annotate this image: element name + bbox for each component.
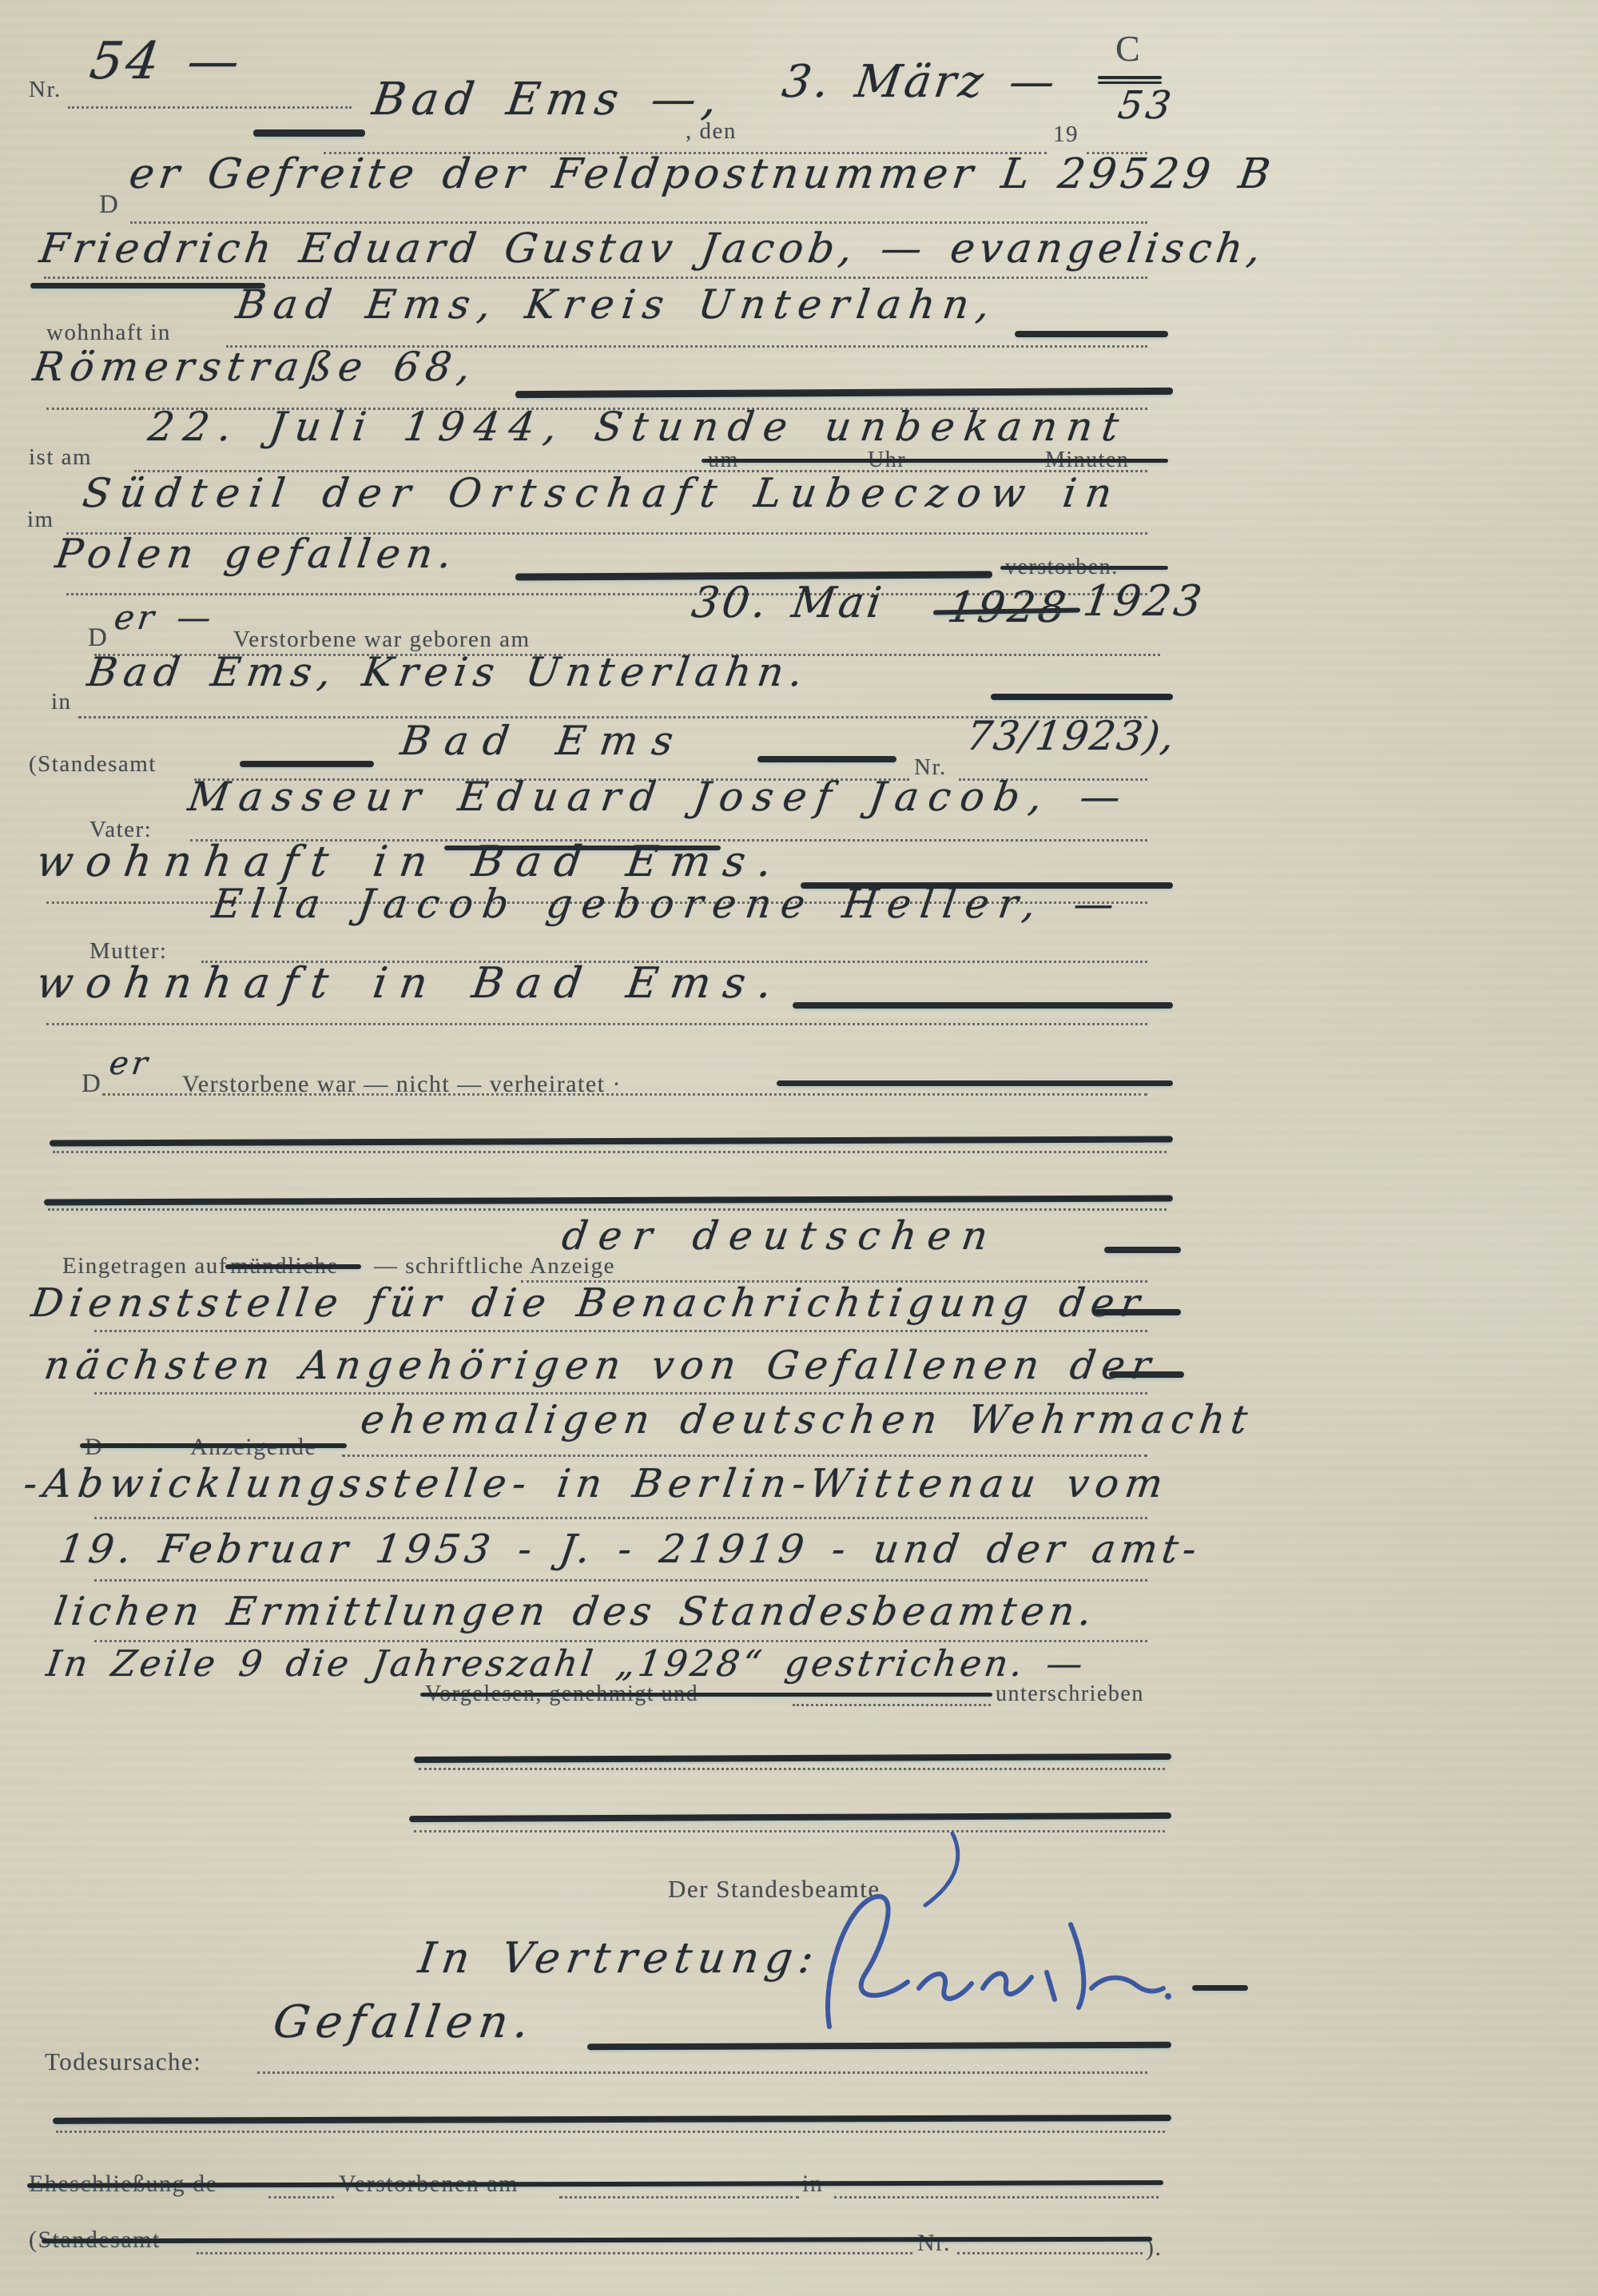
standesamt-label: (Standesamt — [29, 751, 157, 778]
pen-dash — [757, 756, 896, 762]
pen-dash — [515, 388, 1173, 398]
pen-dash — [1104, 1247, 1181, 1253]
dotted-rule — [94, 1579, 1147, 1582]
den-label: , den — [686, 118, 737, 145]
dotted-rule — [419, 1768, 1165, 1770]
birth-date: 30. Mai — [689, 579, 888, 627]
pen-line — [409, 1813, 1171, 1822]
notice-hw6: 19. Februar 1953 - J. - 21919 - und der … — [56, 1526, 1204, 1572]
pen-strike — [1000, 566, 1168, 570]
bottom-nr-label: Nr. — [917, 2230, 951, 2257]
mother-value: Ella Jacob geborene Heller, — — [209, 881, 1127, 927]
dotted-rule — [342, 1454, 1147, 1457]
father-value: Masseur Eduard Josef Jacob, — — [185, 774, 1133, 820]
death-register-scan: 54 — Nr. C 53 Bad Ems —, , den 3. März —… — [0, 0, 1598, 2296]
register-ref-year: 53 — [1115, 83, 1177, 128]
pen-dash — [777, 1080, 1173, 1086]
registrar-signature — [807, 1883, 1206, 2043]
pen-strike — [702, 459, 1168, 463]
decedent-name: Friedrich Eduard Gustav Jacob, — evangel… — [37, 225, 1268, 273]
dotted-rule — [130, 221, 1147, 224]
pen-underline — [30, 283, 265, 288]
dotted-rule — [414, 1830, 1165, 1832]
died-label: ist am — [29, 444, 92, 471]
dotted-rule — [559, 2196, 799, 2199]
notice-hw8: In Zeile 9 die Jahreszahl „1928“ gestric… — [44, 1642, 1089, 1685]
dotted-rule — [68, 106, 352, 109]
birth-year: 1923 — [1080, 577, 1207, 626]
register-ref-letter: C — [1115, 27, 1141, 70]
pen-strike — [420, 1693, 992, 1697]
pen-line — [414, 1753, 1171, 1763]
dotted-rule — [94, 1330, 1147, 1332]
notice-hw4: ehemaligen deutschen Wehrmacht — [358, 1397, 1257, 1442]
entry-number-value: 54 — — [86, 32, 246, 91]
pen-dash — [1015, 331, 1168, 337]
registered-printed1: Eingetragen auf — [62, 1253, 228, 1279]
pen-strike — [80, 1443, 347, 1448]
dotted-rule — [793, 1704, 991, 1706]
pen-dash — [991, 694, 1173, 700]
dotted-rule — [197, 2252, 912, 2254]
pen-strike — [42, 2237, 1152, 2243]
pen-dash — [253, 129, 365, 137]
residence-value: Bad Ems, Kreis Unterlahn, — [233, 281, 1000, 328]
date-value: 3. März — — [779, 56, 1061, 108]
standesamt-value: Bad Ems — [398, 718, 690, 764]
printed-d: D — [99, 190, 119, 220]
father-residence: wohnhaft in Bad Ems. — [34, 838, 788, 886]
cause-label: Todesursache: — [45, 2047, 201, 2076]
notice-hw1: der deutschen — [559, 1213, 1002, 1259]
dotted-rule — [44, 277, 1147, 279]
pen-line — [50, 1136, 1173, 1147]
dotted-rule — [56, 2131, 1165, 2133]
pen-dash — [587, 2042, 1171, 2051]
dotted-rule — [102, 1093, 1147, 1096]
mother-residence: wohnhaft in Bad Ems. — [34, 959, 788, 1008]
year-prefix: 19 — [1053, 121, 1079, 148]
resident-label: wohnhaft in — [46, 320, 171, 346]
in-vertretung: In Vertretung: — [415, 1934, 823, 1983]
cause-value: Gefallen. — [270, 1996, 539, 2048]
pen-line — [44, 1196, 1173, 1206]
place-value: Bad Ems —, — [369, 74, 727, 125]
birth-place: Bad Ems, Kreis Unterlahn. — [85, 649, 812, 695]
hw-er: er — [107, 1045, 153, 1082]
in-label: in — [51, 689, 72, 715]
pen-strike — [225, 1264, 361, 1269]
street-value: Römerstraße 68, — [30, 344, 480, 390]
dotted-rule — [48, 1208, 1167, 1211]
dotted-rule — [46, 1023, 1147, 1025]
notice-hw3: nächsten Angehörigen von Gefallenen der — [42, 1343, 1159, 1388]
hw-er: er — — [112, 598, 217, 637]
died-date-value: 22. Juli 1944, Stunde unbekannt — [145, 404, 1131, 450]
im-label: im — [27, 507, 54, 533]
fraction-bar — [1098, 76, 1162, 79]
dotted-rule — [94, 1392, 1147, 1395]
unterschrieben-printed: unterschrieben — [996, 1681, 1144, 1707]
pen-dash — [1192, 1985, 1248, 1991]
dotted-rule — [53, 1151, 1167, 1153]
dotted-rule — [957, 2252, 1143, 2254]
pen-dash — [793, 1002, 1173, 1009]
register-number: 73/1923), — [964, 713, 1179, 759]
dotted-rule — [94, 1517, 1147, 1519]
entry-number-label: Nr. — [29, 77, 62, 103]
notice-hw2: Dienststelle für die Benachrichtigung de… — [29, 1280, 1149, 1326]
dotted-rule — [257, 2071, 1147, 2074]
notice-hw5: -Abwicklungsstelle- in Berlin-Wittenau v… — [21, 1461, 1172, 1506]
death-place-line1: Südteil der Ortschaft Lubeczow in — [80, 470, 1124, 516]
pen-dash — [1095, 1309, 1181, 1315]
rank-feldpost-line: er Gefreite der Feldpostnummer L 29529 B — [126, 150, 1278, 198]
death-place-line2: Polen gefallen. — [53, 531, 461, 577]
notice-hw7: lichen Ermittlungen des Standesbeamten. — [51, 1589, 1099, 1634]
dotted-rule — [834, 2196, 1159, 2199]
printed-d: D — [81, 1069, 101, 1099]
pen-line — [53, 2115, 1171, 2124]
pen-dash — [240, 761, 374, 767]
dotted-rule — [268, 2196, 334, 2199]
pen-dash — [1109, 1371, 1184, 1378]
